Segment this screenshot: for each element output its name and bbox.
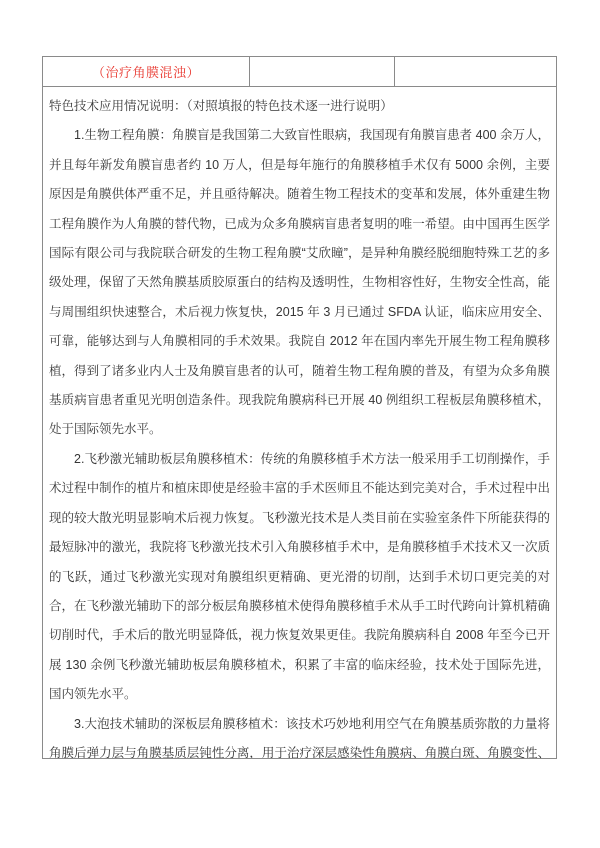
form-header-row: （治疗角膜混浊） (43, 57, 556, 87)
section-title: 特色技术应用情况说明：（对照填报的特色技术逐一进行说明） (49, 92, 550, 121)
description-cell: 特色技术应用情况说明：（对照填报的特色技术逐一进行说明） 1.生物工程角膜：角膜… (43, 87, 556, 758)
treatment-label: （治疗角膜混浊） (92, 62, 200, 81)
form-table: （治疗角膜混浊） 特色技术应用情况说明：（对照填报的特色技术逐一进行说明） 1.… (42, 56, 557, 759)
header-cell-empty-2 (395, 57, 556, 86)
document-page: （治疗角膜混浊） 特色技术应用情况说明：（对照填报的特色技术逐一进行说明） 1.… (0, 0, 600, 848)
paragraph-big-bubble-dalk: 3.大泡技术辅助的深板层角膜移植术：该技术巧妙地利用空气在角膜基质弥散的力量将角… (49, 710, 550, 758)
header-cell-empty-1 (250, 57, 395, 86)
paragraph-bioengineered-cornea: 1.生物工程角膜：角膜盲是我国第二大致盲性眼病，我国现有角膜盲患者 400 余万… (49, 121, 550, 444)
paragraph-femtosecond-laser-keratoplasty: 2.飞秒激光辅助板层角膜移植术：传统的角膜移植手术方法一般采用手工切削操作，手术… (49, 445, 550, 710)
header-cell-treatment: （治疗角膜混浊） (43, 57, 250, 86)
form-body-row: 特色技术应用情况说明：（对照填报的特色技术逐一进行说明） 1.生物工程角膜：角膜… (43, 87, 556, 758)
